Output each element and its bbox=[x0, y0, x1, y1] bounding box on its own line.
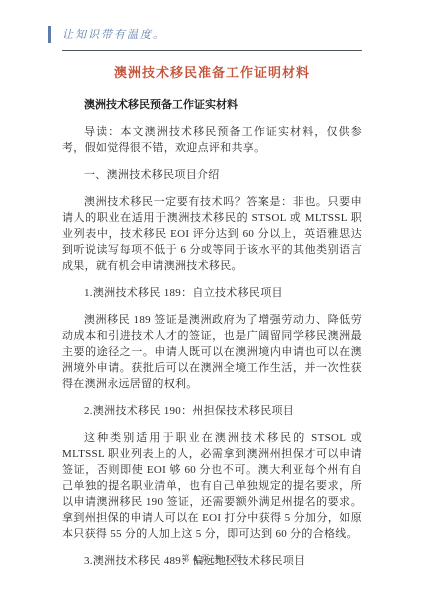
section-heading-190: 2.澳洲技术移民 190：州担保技术移民项目 bbox=[62, 403, 362, 419]
slogan-accent-bar-icon bbox=[48, 26, 51, 43]
document-page: 让知识带有温度。 澳洲技术移民准备工作证明材料 澳洲技术移民预备工作证实材料 导… bbox=[0, 0, 424, 600]
page-number: 第 1 页/共 3 页 bbox=[0, 553, 424, 564]
header-divider bbox=[62, 50, 362, 51]
document-body: 澳洲技术移民准备工作证明材料 澳洲技术移民预备工作证实材料 导读：本文澳洲技术移… bbox=[0, 64, 424, 569]
paragraph-190: 这种类别适用于职业在澳洲技术移民的 STSOL 或 MLTSSL 职业列表上的人… bbox=[62, 430, 362, 542]
document-title: 澳洲技术移民准备工作证明材料 bbox=[62, 64, 362, 82]
intro-paragraph: 导读：本文澳洲技术移民预备工作证实材料，仅供参考，假如觉得很不错，欢迎点评和共享… bbox=[62, 124, 362, 156]
section-heading-189: 1.澳洲技术移民 189：自立技术移民项目 bbox=[62, 285, 362, 301]
paragraph-189: 澳洲移民 189 签证是澳洲政府为了增强劳动力、降低劳动成本和引进技术人才的签证… bbox=[62, 312, 362, 392]
slogan-text: 让知识带有温度。 bbox=[62, 26, 166, 42]
document-subtitle: 澳洲技术移民预备工作证实材料 bbox=[62, 97, 362, 113]
section-heading-overview: 一、澳洲技术移民项目介绍 bbox=[62, 167, 362, 183]
header-slogan-row: 让知识带有温度。 bbox=[0, 24, 424, 44]
paragraph-overview: 澳洲技术移民一定要有技术吗？答案是：非也。只要申请人的职业在适用于澳洲技术移民的… bbox=[62, 194, 362, 274]
